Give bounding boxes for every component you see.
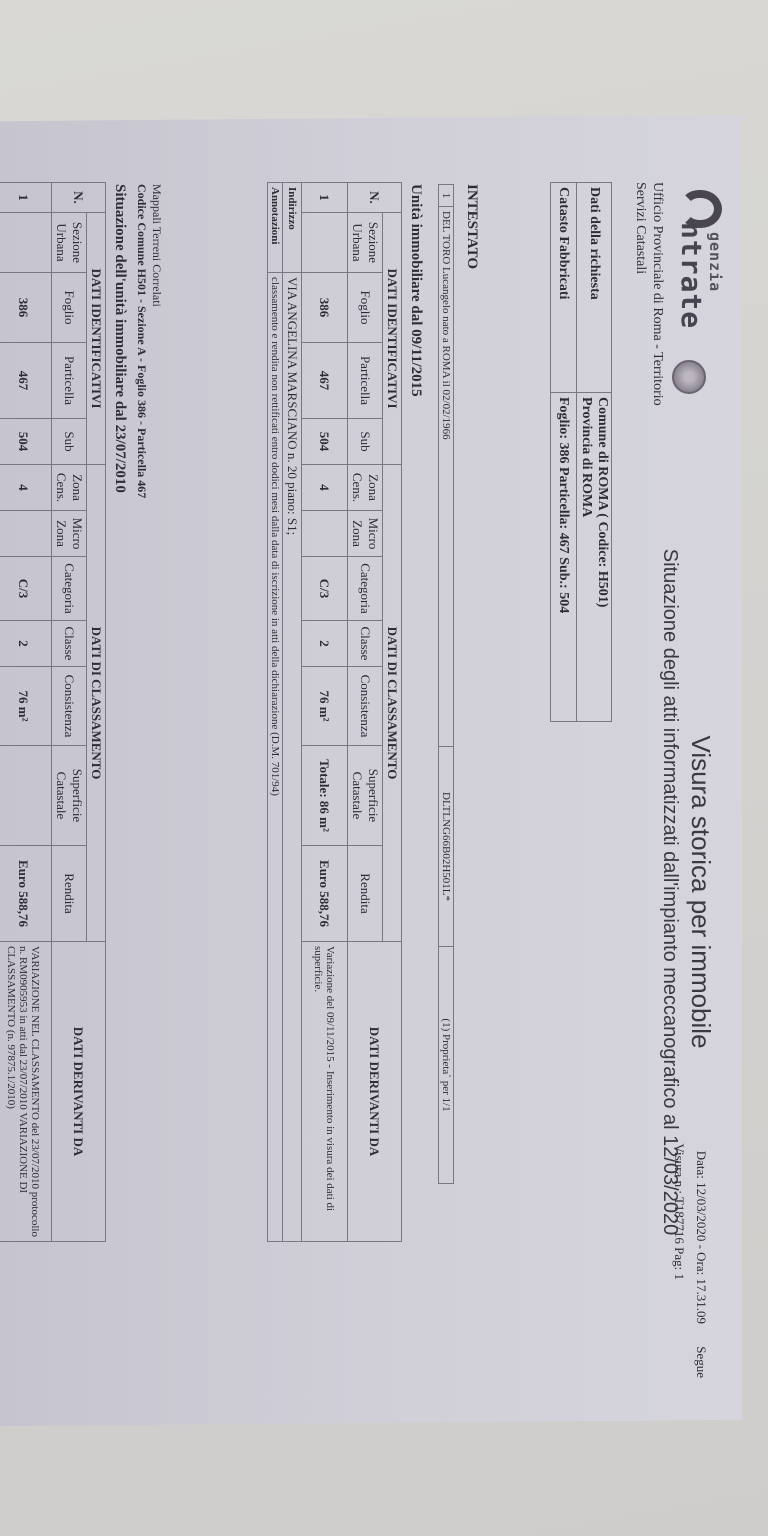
cell-foglio: 386	[0, 273, 52, 343]
cell-particella: 467	[302, 343, 348, 419]
cell-categoria: C/3	[302, 557, 348, 621]
header-dati-identificativi: DATI IDENTIFICATIVI	[87, 213, 106, 465]
unit-2010-table: N. DATI IDENTIFICATIVI DATI DI CLASSAMEN…	[0, 182, 106, 1242]
header-dati-identificativi: DATI IDENTIFICATIVI	[383, 213, 402, 465]
col-foglio: Foglio	[348, 273, 383, 343]
republic-emblem-icon	[672, 360, 706, 394]
table-row: 1 386 467 504 4 C/3 2 76 m² Totale: 86 m…	[302, 183, 348, 1242]
codice-fiscale: DLTLNG66B02H501L*	[439, 747, 454, 947]
request-label: Dati della richiesta	[577, 183, 612, 393]
request-value: Comune di ROMA ( Codice: H501) Provincia…	[577, 393, 612, 722]
segue-label: Segue	[690, 1346, 712, 1378]
cell-rendita: Euro 588,76	[302, 846, 348, 942]
title-block: Visura storica per immobile Situazione d…	[658, 542, 716, 1242]
cell-zona: 4	[302, 465, 348, 511]
document-subtitle: Situazione degli atti informatizzati dal…	[658, 542, 681, 1242]
col-n: N.	[348, 183, 402, 213]
cell-sub: 504	[0, 419, 52, 465]
unit-2015-title: Unità immobiliare dal 09/11/2015	[407, 184, 424, 397]
mappali-title: Mappali Terreni Correlati	[149, 184, 164, 498]
col-consistenza: Consistenza	[52, 667, 87, 746]
intestato-row: 1 DEL TORO Lucangelo nato a ROMA il 02/0…	[439, 185, 454, 1184]
annotazioni-value: classamento e rendita non rettificati en…	[268, 273, 283, 1242]
agenzia-entrate-logo: genzia ntrate	[664, 182, 728, 392]
cell-superficie: Totale: 86 m²	[302, 746, 348, 846]
document-page: genzia ntrate Ufficio Provinciale di Rom…	[2, 122, 742, 1422]
cell-micro	[0, 511, 52, 557]
col-particella: Particella	[348, 343, 383, 419]
comune: Comune di ROMA ( Codice: H501)	[594, 397, 610, 717]
office-info: Ufficio Provinciale di Roma - Territorio…	[632, 182, 666, 406]
col-sub: Sub	[348, 419, 383, 465]
header-dati-derivanti: DATI DERIVANTI DA	[52, 942, 106, 1242]
logo-big-text: ntrate	[675, 222, 708, 329]
indirizzo-label: Indirizzo	[283, 183, 302, 273]
col-consistenza: Consistenza	[348, 667, 383, 746]
header-dati-derivanti: DATI DERIVANTI DA	[348, 942, 402, 1242]
cell-particella: 467	[0, 343, 52, 419]
col-rendita: Rendita	[52, 846, 87, 942]
date-time: Data: 12/03/2020 - Ora: 17.31.09	[690, 1143, 712, 1324]
col-categoria: Categoria	[348, 557, 383, 621]
intestato-title: INTESTATO	[463, 184, 480, 269]
cell-zona: 4	[0, 465, 52, 511]
cell-n: 1	[0, 183, 52, 213]
col-superficie: Superficie Catastale	[348, 746, 383, 846]
cell-micro	[302, 511, 348, 557]
intestato-table: 1 DEL TORO Lucangelo nato a ROMA il 02/0…	[438, 184, 454, 1184]
col-zona: Zona Cens.	[348, 465, 383, 511]
col-categoria: Categoria	[52, 557, 87, 621]
cell-consistenza: 76 m²	[302, 667, 348, 746]
cell-consistenza: 76 m²	[0, 667, 52, 746]
col-particella: Particella	[52, 343, 87, 419]
col-zona: Zona Cens.	[52, 465, 87, 511]
cell-sub: 504	[302, 419, 348, 465]
property-right: (1) Proprieta` per 1/1	[439, 947, 454, 1184]
cell-categoria: C/3	[0, 557, 52, 621]
cell-n: 1	[302, 183, 348, 213]
cell-classe: 2	[302, 621, 348, 667]
col-classe: Classe	[348, 621, 383, 667]
unit-2015-table: N. DATI IDENTIFICATIVI DATI DI CLASSAMEN…	[267, 182, 402, 1242]
cell-classe: 2	[0, 621, 52, 667]
catasto-label: Catasto Fabbricati	[551, 183, 577, 393]
indirizzo-value: VIA ANGELINA MARSCIANO n. 20 piano: S1;	[283, 273, 302, 1242]
table-row: 1 386 467 504 4 C/3 2 76 m² Euro 588,76 …	[0, 183, 52, 1242]
document-header: genzia ntrate Ufficio Provinciale di Rom…	[618, 182, 728, 1382]
col-sub: Sub	[52, 419, 87, 465]
header-dati-classamento: DATI DI CLASSAMENTO	[383, 465, 402, 942]
cell-derivanti: VARIAZIONE NEL CLASSAMENTO del 23/07/201…	[0, 942, 52, 1242]
annotazioni-label: Annotazioni	[268, 183, 283, 273]
col-micro: Micro Zona	[52, 511, 87, 557]
col-micro: Micro Zona	[348, 511, 383, 557]
cell-rendita: Euro 588,76	[0, 846, 52, 942]
col-foglio: Foglio	[52, 273, 87, 343]
cell-foglio: 386	[302, 273, 348, 343]
col-sezione: Sezione Urbana	[348, 213, 383, 273]
mappali-info: Mappali Terreni Correlati Codice Comune …	[134, 184, 164, 498]
provincia: Provincia di ROMA	[578, 397, 594, 717]
request-data-table: Dati della richiesta Comune di ROMA ( Co…	[550, 182, 612, 722]
header-dati-classamento: DATI DI CLASSAMENTO	[87, 465, 106, 942]
cell-derivanti: Variazione del 09/11/2015 - Inserimento …	[302, 942, 348, 1242]
col-rendita: Rendita	[348, 846, 383, 942]
office-service: Servizi Catastali	[632, 182, 649, 406]
intestato-number: 1	[439, 185, 454, 207]
cell-superficie	[0, 746, 52, 846]
visura-number: Visura n.: T187716 Pag: 1	[668, 1143, 690, 1280]
catasto-value: Foglio: 386 Particella: 467 Sub.: 504	[551, 393, 577, 722]
mappali-codice: Codice Comune H501 - Sezione A - Foglio …	[134, 184, 149, 498]
document-meta: Segue Data: 12/03/2020 - Ora: 17.31.09 V…	[668, 1143, 712, 1376]
unit-2010-title: Situazione dell'unità immobiliare dal 23…	[111, 184, 128, 493]
col-classe: Classe	[52, 621, 87, 667]
col-n: N.	[52, 183, 106, 213]
col-superficie: Superficie Catastale	[52, 746, 87, 846]
cell-sezione	[302, 213, 348, 273]
col-sezione: Sezione Urbana	[52, 213, 87, 273]
office-name: Ufficio Provinciale di Roma - Territorio	[649, 182, 666, 406]
document-title: Visura storica per immobile	[685, 542, 716, 1242]
intestato-name: DEL TORO Lucangelo nato a ROMA il 02/02/…	[439, 207, 454, 747]
cell-sezione	[0, 213, 52, 273]
logo-small-text: genzia	[706, 232, 724, 292]
